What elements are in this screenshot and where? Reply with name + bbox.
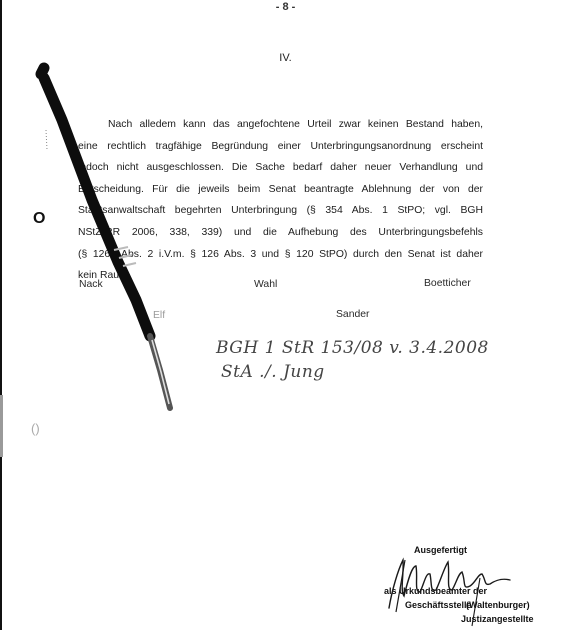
body-paragraph: Nach alledem kann das angefochtene Urtei… — [78, 114, 483, 287]
judge-signature-sander: Sander — [336, 309, 370, 320]
body-line: NStZ-RR 2006, 338, 339) und die Aufhebun… — [78, 222, 483, 244]
body-line: Staatsanwaltschaft begehrten Unterbringu… — [78, 200, 483, 222]
certification-issued: Ausgefertigt — [414, 545, 467, 555]
scan-edge-border — [0, 0, 2, 630]
judge-signature-wahl: Wahl — [254, 279, 277, 290]
handwritten-parties: StA ./. Jung — [221, 362, 325, 382]
section-heading: IV. — [0, 52, 571, 64]
marker-strike-tail-inner — [152, 340, 169, 404]
body-line: Nach alledem kann das angefochtene Urtei… — [78, 114, 483, 136]
body-line: kein Raum. — [78, 265, 483, 287]
certification-role-line1: als Urkundsbeamter der — [384, 586, 487, 596]
marker-strike-tail — [150, 336, 170, 408]
scan-edge-shadow — [0, 395, 3, 457]
certification-name: (Waltenburger) — [466, 600, 530, 610]
certification-role-line2: Geschäftsstelle — [405, 600, 472, 610]
body-line: Entscheidung. Für die jeweils beim Senat… — [78, 179, 483, 201]
body-line: eine rechtlich tragfähige Begründung ein… — [78, 136, 483, 158]
handwritten-case-reference: BGH 1 StR 153/08 v. 3.4.2008 — [216, 338, 489, 358]
punch-hole-mark-faint: () — [31, 421, 40, 436]
judge-signature-elf: Elf — [153, 310, 165, 321]
judge-signature-boetticher: Boetticher — [424, 278, 471, 289]
judge-signature-nack: Nack — [79, 279, 103, 290]
punch-hole-mark: O — [33, 210, 45, 228]
certification-title: Justizangestellte — [461, 614, 534, 624]
markup-overlay — [0, 0, 571, 630]
page-number: - 8 - — [0, 0, 571, 14]
body-line: jedoch nicht ausgeschlossen. Die Sache b… — [78, 157, 483, 179]
body-line: (§ 126a Abs. 2 i.V.m. § 126 Abs. 3 und §… — [78, 244, 483, 266]
